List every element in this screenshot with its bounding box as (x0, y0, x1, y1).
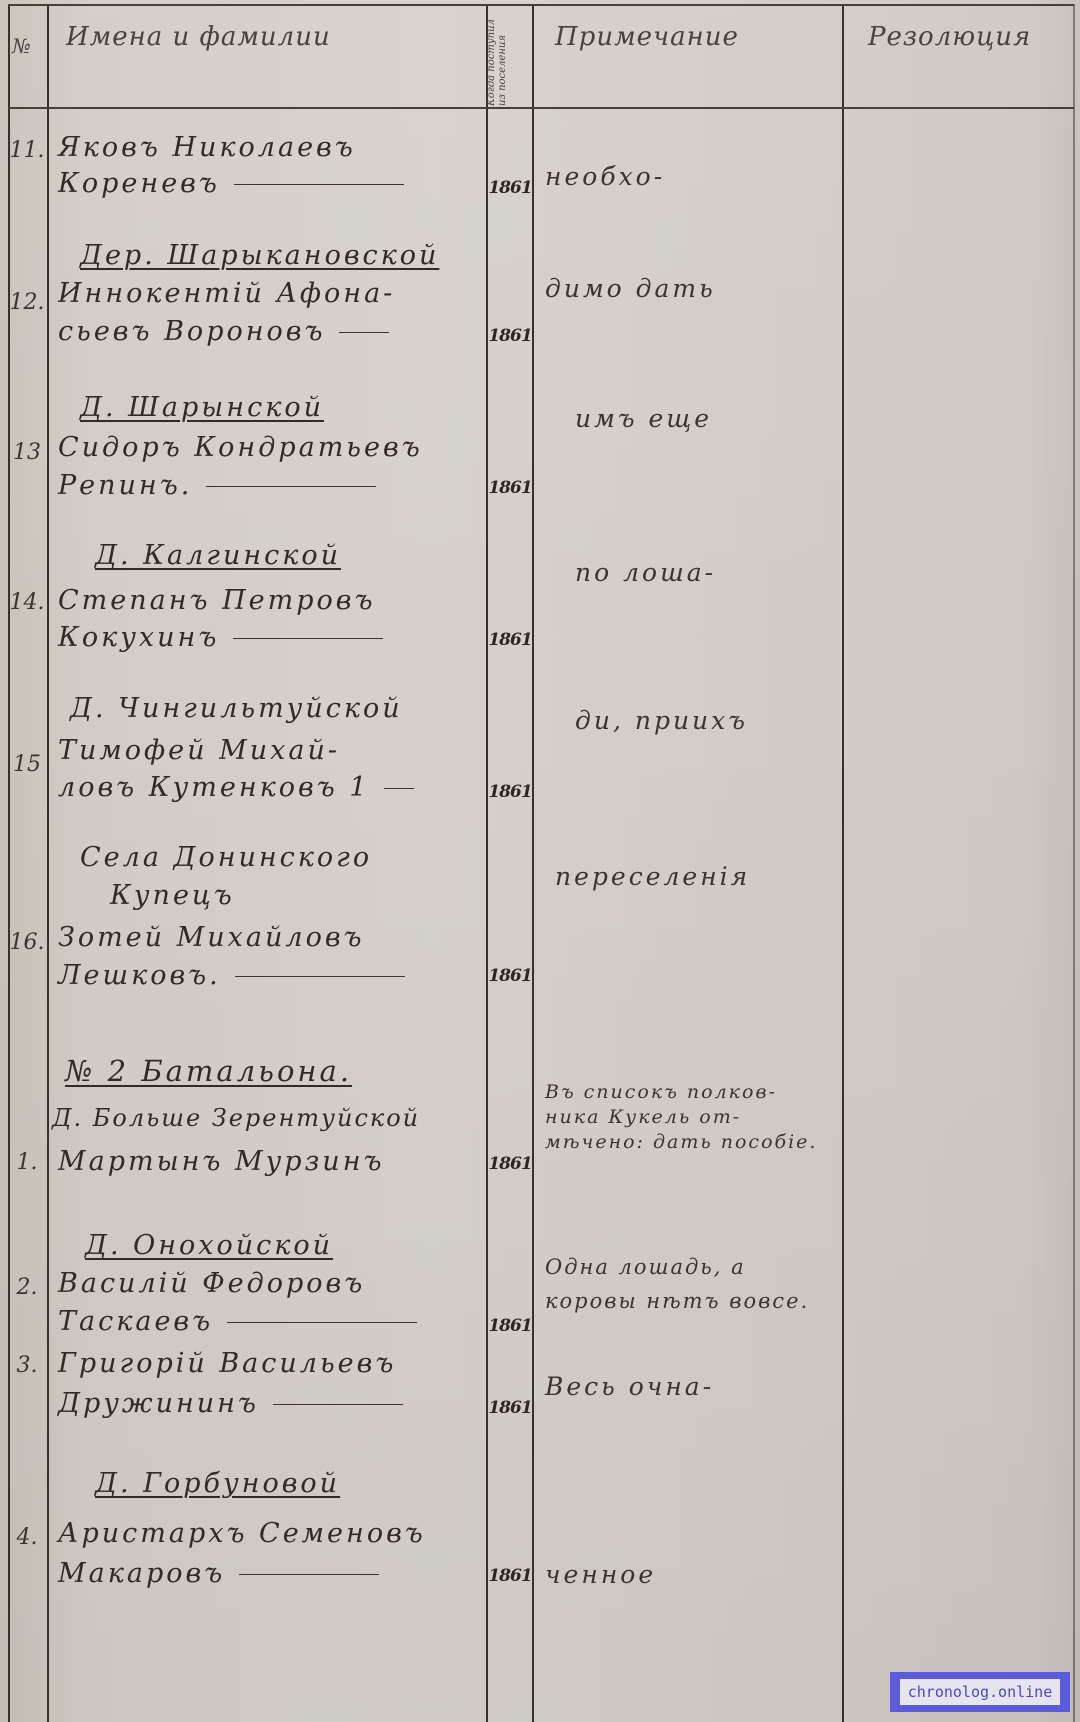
entry-note: необхо- (545, 160, 840, 194)
header-names: Имена и фамилии (66, 22, 331, 52)
entry-note: Въ списокъ полков- ника Кукель от- мѣчен… (545, 1080, 840, 1155)
entry-number: 3. (8, 1353, 46, 1378)
section-title: № 2 Батальона. (65, 1054, 352, 1088)
entry-number: 15 (8, 752, 46, 777)
entry-name-line2: сьевъ Вороновъ (58, 316, 488, 347)
header-number: № (12, 34, 32, 58)
village-heading: Д. Шарынской (80, 392, 324, 423)
entry-name-line1: Тимофей Михай- (58, 735, 488, 766)
entry-name-line2: Лешковъ. (58, 960, 488, 991)
table-border-top (8, 4, 1074, 6)
entry-name-line2: ловъ Кутенковъ 1 (58, 772, 488, 803)
column-divider-names (486, 4, 488, 1722)
entry-year: 1861 (488, 1154, 532, 1174)
watermark-badge: chronolog.online (890, 1672, 1070, 1712)
column-divider-year (532, 4, 534, 1722)
watermark-text: chronolog.online (900, 1679, 1060, 1705)
entry-note: Одна лошадь, а коровы нѣтъ вовсе. (545, 1250, 840, 1318)
entry-name-line1: Иннокентій Афона- (58, 278, 488, 309)
entry-year: 1861 (488, 178, 532, 198)
entry-year: 1861 (488, 1398, 532, 1418)
entry-name-line2: Репинъ. (58, 470, 488, 501)
entry-year: 1861 (488, 326, 532, 346)
entry-year: 1861 (488, 478, 532, 498)
entry-name-line2: Кокухинъ (58, 622, 488, 653)
entry-note: ди, приихъ (575, 704, 870, 738)
entry-name-line2: Макаровъ (58, 1558, 488, 1589)
entry-name-line1: Сидоръ Кондратьевъ (58, 432, 488, 463)
entry-name-line1: Григорій Васильевъ (58, 1348, 488, 1379)
column-divider-number (47, 4, 49, 1722)
entry-number: 11. (8, 138, 46, 163)
entry-year: 1861 (488, 630, 532, 650)
entry-note: по лоша- (575, 556, 870, 590)
entry-name-line1: Яковъ Николаевъ (58, 132, 488, 163)
table-border-right (1073, 4, 1075, 1722)
entry-number: 1. (8, 1150, 46, 1175)
entry-year: 1861 (488, 1566, 532, 1586)
entry-number: 2. (8, 1275, 46, 1300)
village-heading: Д. Горбуновой (95, 1468, 340, 1499)
village-heading: Д. Онохойской (85, 1230, 333, 1261)
entry-number: 14. (8, 590, 46, 615)
village-heading: Д. Калгинской (95, 540, 341, 571)
entry-number: 4. (8, 1525, 46, 1550)
entry-note: имъ еще (575, 402, 870, 436)
entry-note: Весь очна- (545, 1370, 840, 1404)
entry-number: 13 (8, 440, 46, 465)
village-heading: Д. Чингильтуйской (70, 693, 403, 724)
entry-name-line1: Василій Федоровъ (58, 1268, 488, 1299)
entry-name-line2: Кореневъ (58, 168, 488, 199)
village-heading: Дер. Шарыкановской (80, 240, 439, 271)
village-heading: Д. Больше Зерентуйской (52, 1104, 420, 1132)
entry-note: переселенія (555, 860, 850, 894)
entry-note: ченное (545, 1558, 840, 1592)
entry-name-line1: Мартынъ Мурзинъ (58, 1146, 488, 1177)
entry-year: 1861 (488, 966, 532, 986)
entry-name-line2: Дружининъ (58, 1388, 488, 1419)
entry-year: 1861 (488, 782, 532, 802)
entry-number: 16. (8, 930, 46, 955)
entry-year: 1861 (488, 1316, 532, 1336)
entry-number: 12. (8, 290, 46, 315)
entry-note: димо дать (545, 272, 840, 306)
village-heading: Села Донинского (80, 842, 372, 873)
header-notes: Примечание (555, 22, 739, 52)
header-year: Когда поступил из поселения (486, 6, 530, 106)
header-resolution: Резолюция (868, 22, 1031, 52)
entry-name-line1: Зотей Михайловъ (58, 922, 488, 953)
entry-name-line1: Степанъ Петровъ (58, 585, 488, 616)
entry-name-line2: Таскаевъ (58, 1306, 488, 1337)
header-divider (8, 107, 1074, 109)
entry-name-line1: Аристархъ Семеновъ (58, 1518, 488, 1549)
table-border-left (8, 4, 10, 1722)
occupation-label: Купецъ (110, 880, 235, 911)
